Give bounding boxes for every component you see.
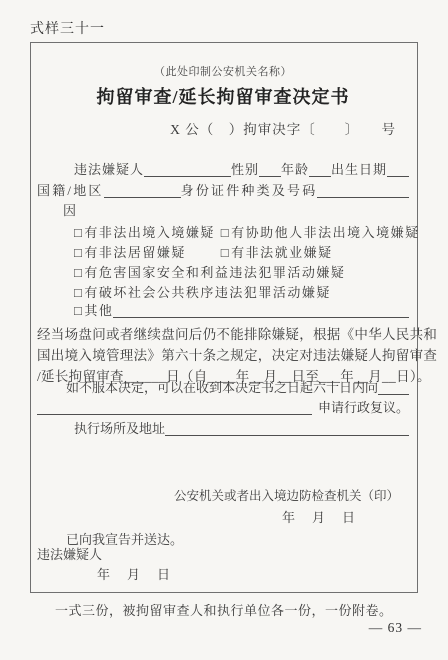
checkbox-row-other: □其他 [37,302,409,320]
venue-label: 执行场所及地址 [74,420,165,437]
birth-date-label: 出生日期 [331,161,387,178]
option-assisting-others: 有协助他人非法出境入境嫌疑 [231,225,420,240]
suspect-date: 年 月 日 [97,567,172,582]
checkbox-icon: □ [74,303,83,318]
form-style-label: 式样三十一 [30,18,105,38]
appeal-suffix-text: 申请行政复议。 [318,399,409,416]
agency-date-line: 年 月 日 [37,507,409,525]
suspect-name-label: 违法嫌疑人 [74,161,144,178]
checkbox-icon: □ [221,225,230,240]
venue-line: 执行场所及地址 [37,420,409,438]
other-blank [113,302,409,318]
nationality-blank [104,182,181,198]
agency-seal-line: 公安机关或者出入境边防检查机关（印） [37,486,409,504]
document-border-box: （此处印制公安机关名称） 拘留审查/延长拘留审查决定书 X 公（ ）拘审决字〔 … [30,42,418,593]
because-line: 因 [37,200,409,218]
checkbox-icon: □ [221,245,230,260]
nationality-label: 国籍/地区 [37,182,104,199]
suspect-signature-label: 违法嫌疑人 [37,544,409,562]
option-illegal-employment: 有非法就业嫌疑 [231,245,333,260]
checkbox-icon: □ [74,245,83,260]
page-number: — 63 — [369,620,422,636]
document-title: 拘留审查/延长拘留审查决定书 [37,83,409,107]
option-illegal-residence: 有非法居留嫌疑 [84,245,186,260]
decision-paragraph-line2: 国出境入境管理法》第六十条之规定，决定对违法嫌疑人拘留审查 [37,345,409,366]
age-label: 年龄 [281,161,309,178]
option-illegal-entry-exit: 有非法出境入境嫌疑 [84,225,215,240]
id-type-number-blank [317,182,409,198]
scanned-form-page: 式样三十一 （此处印制公安机关名称） 拘留审查/延长拘留审查决定书 X 公（ ）… [0,0,448,660]
checkbox-row-3: □有危害国家安全和利益违法犯罪活动嫌疑 [37,262,409,280]
appeal-authority-blank [378,379,409,395]
id-type-number-label: 身份证件种类及号码 [181,182,318,199]
option-endanger-national-security: 有危害国家安全和利益违法犯罪活动嫌疑 [84,265,345,280]
because-label: 因 [63,203,76,218]
appeal-text: 如不服本决定，可以在收到本决定书之日起六十日内向 [66,379,378,396]
checkbox-row-2: □有非法居留嫌疑 □有非法就业嫌疑 [37,242,409,260]
decision-paragraph-line1: 经当场盘问或者继续盘问后仍不能排除嫌疑，根据《中华人民共和 [37,324,409,345]
age-blank [309,161,331,177]
appeal-authority-blank-2 [37,399,312,415]
checkbox-icon: □ [74,265,83,280]
birth-date-blank [387,161,409,177]
identity-line-1: 违法嫌疑人 性别 年龄 出生日期 [37,161,409,179]
checkbox-icon: □ [74,225,83,240]
decision-paragraph: 经当场盘问或者继续盘问后仍不能排除嫌疑，根据《中华人民共和 国出境入境管理法》第… [37,324,409,387]
agency-name-placeholder: （此处印制公安机关名称） [37,63,409,81]
gender-label: 性别 [231,161,259,178]
suspect-name-blank [144,161,231,177]
checkbox-row-4: □有破坏社会公共秩序违法犯罪活动嫌疑 [37,282,409,300]
appeal-line-1: 如不服本决定，可以在收到本决定书之日起六十日内向 [37,379,409,397]
suspect-date-line: 年 月 日 [37,564,409,582]
checkbox-icon: □ [74,285,83,300]
checkbox-row-1: □有非法出境入境嫌疑 □有协助他人非法出境入境嫌疑 [37,222,409,240]
option-disrupt-public-order: 有破坏社会公共秩序违法犯罪活动嫌疑 [84,285,331,300]
venue-blank [165,420,409,436]
appeal-line-2: 申请行政复议。 [37,399,409,417]
gender-blank [259,161,281,177]
document-number-line: X 公（ ）拘审决字〔 〕 号 [37,118,409,136]
identity-line-2: 国籍/地区 身份证件种类及号码 [37,182,409,200]
copies-note: 一式三份，被拘留审查人和执行单位各一份，一份附卷。 [55,600,393,619]
option-other: 其他 [84,303,113,318]
